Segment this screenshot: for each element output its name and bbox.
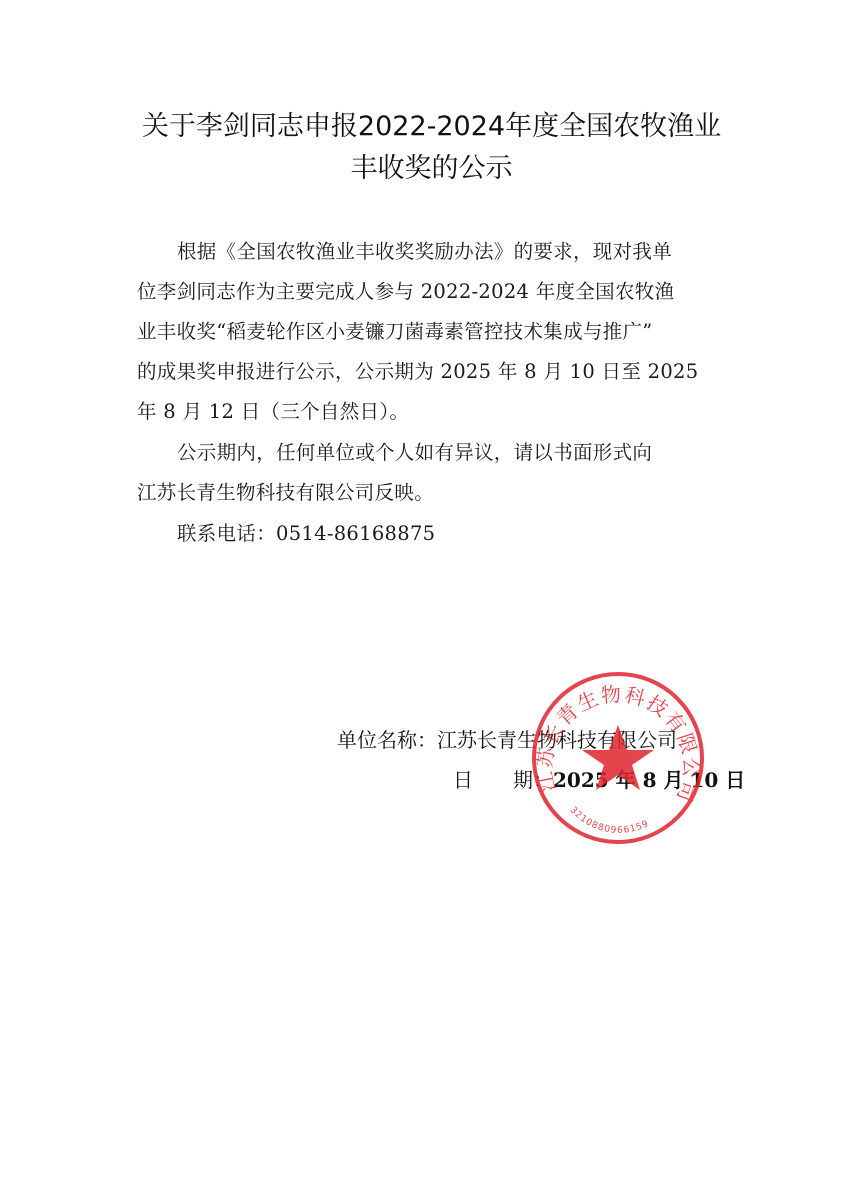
body-line-5: 年 8 月 12 日（三个自然日）。 [137,396,722,424]
body-line-2: 位李剑同志作为主要完成人参与 2022-2024 年度全国农牧渔 [137,276,722,304]
document-title-line-1: 关于李剑同志申报2022-2024年度全国农牧渔业 [0,104,863,143]
body-line-7: 江苏长青生物科技有限公司反映。 [137,477,722,505]
star-icon [582,725,654,790]
body-line-4: 的成果奖申报进行公示，公示期为 2025 年 8 月 10 日至 2025 [137,356,722,384]
contact-phone: 联系电话：0514-86168875 [177,518,762,546]
body-line-3: 业丰收奖“稻麦轮作区小麦镰刀菌毒素管控技术集成与推广” [137,316,722,344]
body-line-1: 根据《全国农牧渔业丰收奖奖励办法》的要求，现对我单 [177,236,762,264]
document-title-line-2: 丰收奖的公示 [0,146,863,185]
company-seal-stamp: 江苏长青生物科技有限公司 3210880966159 [528,670,708,846]
body-line-6: 公示期内，任何单位或个人如有异议，请以书面形式向 [177,437,762,465]
